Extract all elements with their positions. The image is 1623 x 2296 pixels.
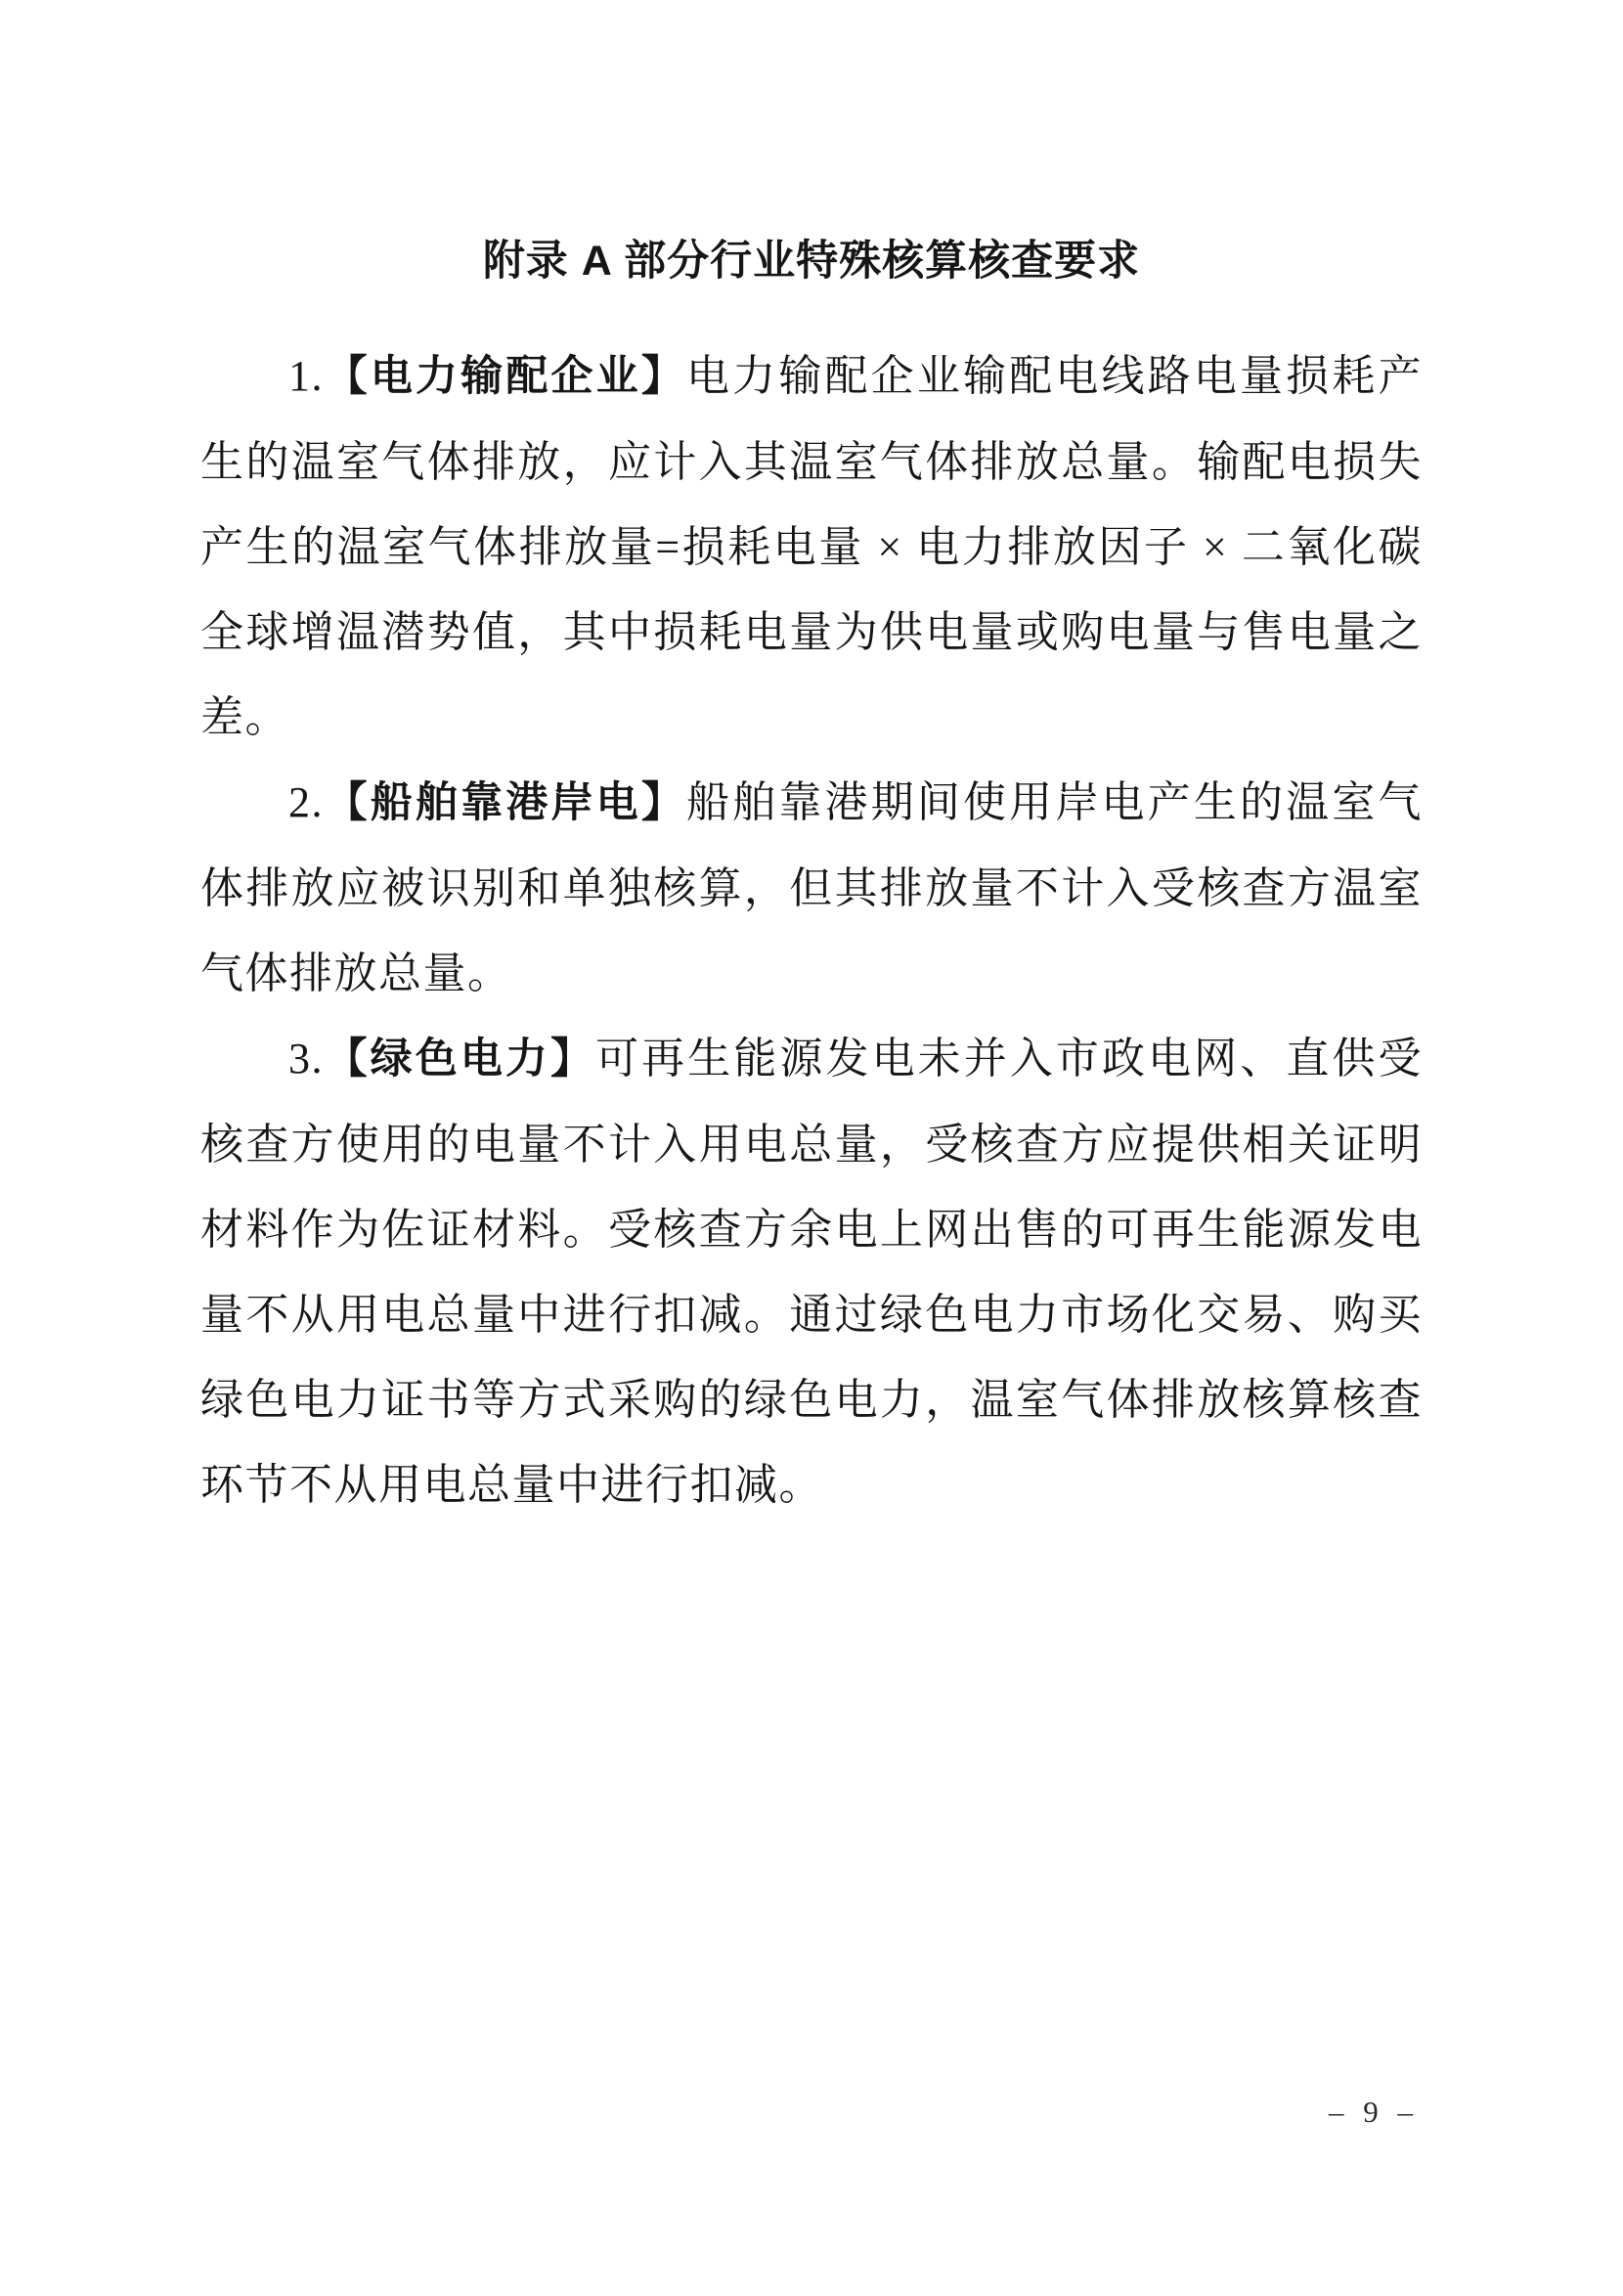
document-body: 1.【电力输配企业】电力输配企业输配电线路电量损耗产生的温室气体排放，应计入其温…: [200, 333, 1423, 1527]
paragraph-number: 3.: [288, 1035, 324, 1082]
paragraph-text: 可再生能源发电未并入市政电网、直供受核查方使用的电量不计入用电总量，受核查方应提…: [200, 1035, 1423, 1509]
paragraph-label: 【绿色电力】: [324, 1036, 595, 1082]
paragraph-label: 【电力输配企业】: [324, 353, 686, 400]
paragraph-number: 1.: [288, 352, 324, 400]
paragraph-number: 2.: [288, 778, 324, 826]
paragraph-label: 【船舶靠港岸电】: [324, 779, 686, 826]
paragraph: 1.【电力输配企业】电力输配企业输配电线路电量损耗产生的温室气体排放，应计入其温…: [200, 333, 1423, 760]
paragraph: 3.【绿色电力】可再生能源发电未并入市政电网、直供受核查方使用的电量不计入用电总…: [200, 1016, 1423, 1527]
page-number: – 9 –: [1310, 2093, 1437, 2132]
document-page: 附录 A 部分行业特殊核算核查要求 1.【电力输配企业】电力输配企业输配电线路电…: [0, 0, 1623, 2296]
paragraph-text: 电力输配企业输配电线路电量损耗产生的温室气体排放，应计入其温室气体排放总量。输配…: [200, 352, 1423, 741]
paragraph: 2.【船舶靠港岸电】船舶靠港期间使用岸电产生的温室气体排放应被识别和单独核算，但…: [200, 760, 1423, 1016]
page-title: 附录 A 部分行业特殊核算核查要求: [0, 238, 1623, 286]
